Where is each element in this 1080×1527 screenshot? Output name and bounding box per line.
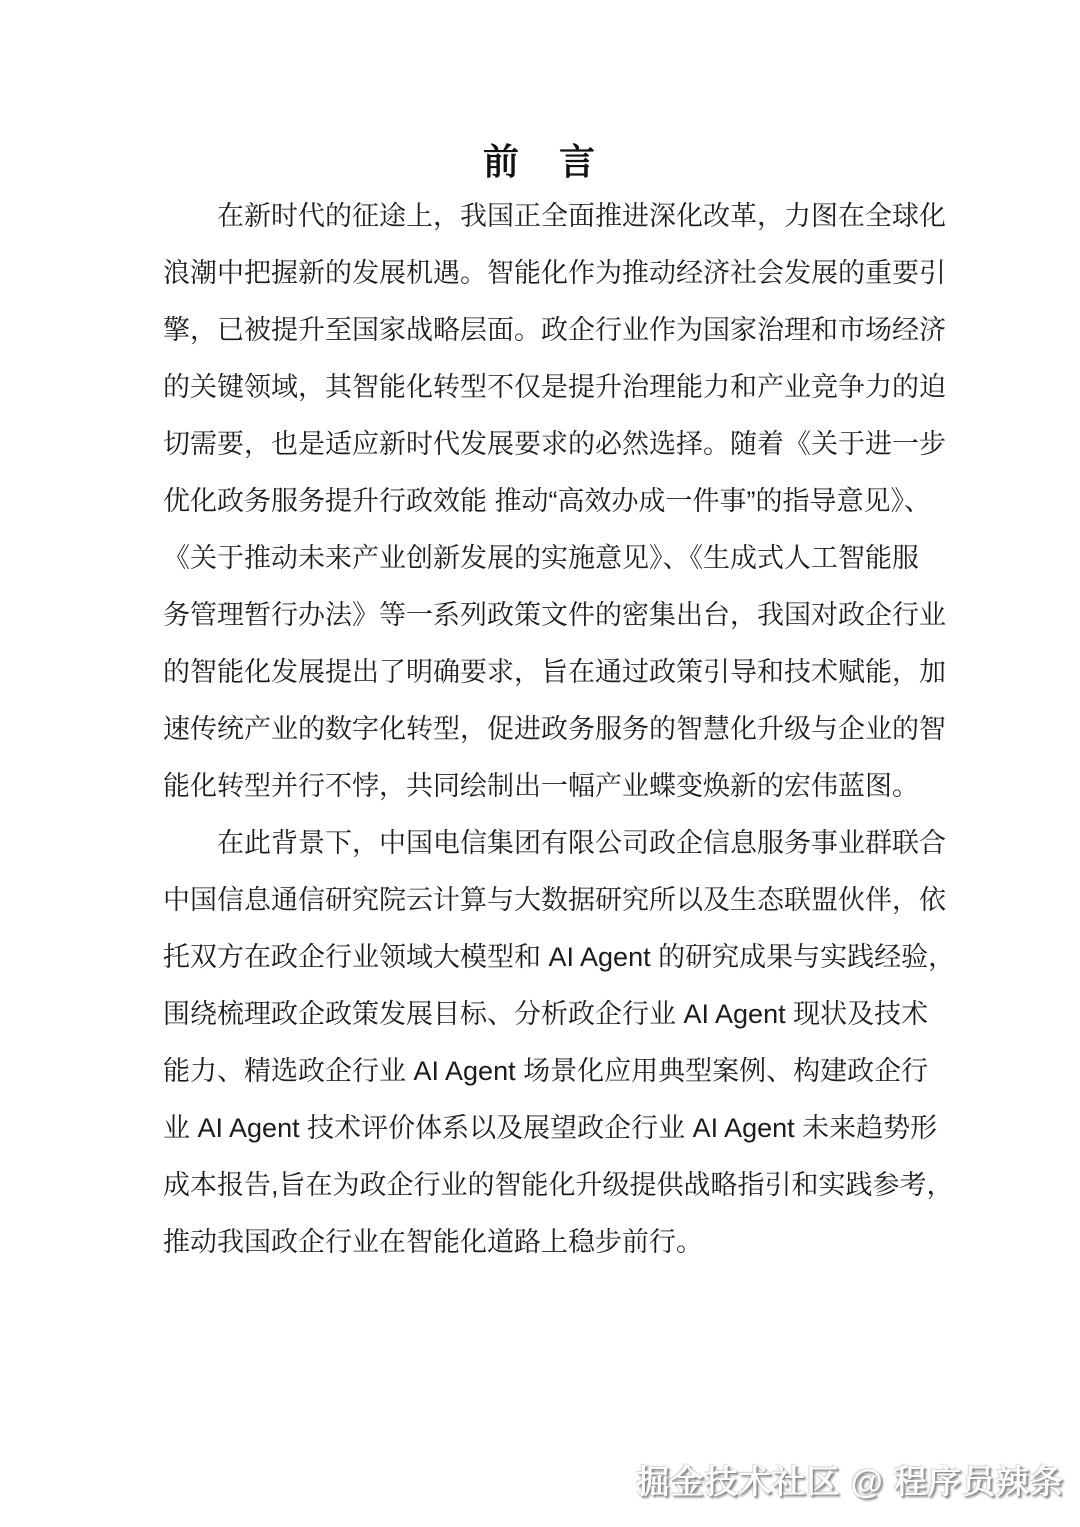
watermark-text: 掘金技术社区 @ 程序员辣条: [636, 1456, 1064, 1503]
text-line: 的关键领域，其智能化转型不仅是提升治理能力和产业竞争力的迫: [163, 359, 917, 416]
text-line: 围绕梳理政企政策发展目标、分析政企行业 AI Agent 现状及技术: [163, 986, 917, 1043]
text-line: 能化转型并行不悖，共同绘制出一幅产业蝶变焕新的宏伟蓝图。: [163, 758, 917, 815]
text-line: 速传统产业的数字化转型，促进政务服务的智慧化升级与企业的智: [163, 701, 917, 758]
text-line: 中国信息通信研究院云计算与大数据研究所以及生态联盟伙伴，依: [163, 872, 917, 929]
text-line: 《关于推动未来产业创新发展的实施意见》、《生成式人工智能服: [163, 530, 917, 587]
text-line: 业 AI Agent 技术评价体系以及展望政企行业 AI Agent 未来趋势形: [163, 1100, 917, 1157]
text-line: 在新时代的征途上，我国正全面推进深化改革，力图在全球化: [163, 188, 917, 245]
text-line: 的智能化发展提出了明确要求，旨在通过政策引导和技术赋能，加: [163, 644, 917, 701]
text-line: 优化政务服务提升行政效能 推动“高效办成一件事”的指导意见》、: [163, 473, 917, 530]
text-line: 浪潮中把握新的发展机遇。智能化作为推动经济社会发展的重要引: [163, 245, 917, 302]
text-line: 擎，已被提升至国家战略层面。政企行业作为国家治理和市场经济: [163, 302, 917, 359]
text-line: 在此背景下，中国电信集团有限公司政企信息服务事业群联合: [163, 815, 917, 872]
page-title: 前 言: [163, 0, 917, 186]
preface-body: 在新时代的征途上，我国正全面推进深化改革，力图在全球化浪潮中把握新的发展机遇。智…: [163, 188, 917, 1271]
text-line: 推动我国政企行业在智能化道路上稳步前行。: [163, 1214, 917, 1271]
page-content: 前 言 在新时代的征途上，我国正全面推进深化改革，力图在全球化浪潮中把握新的发展…: [163, 0, 917, 1271]
text-line: 务管理暂行办法》等一系列政策文件的密集出台，我国对政企行业: [163, 587, 917, 644]
text-line: 切需要，也是适应新时代发展要求的必然选择。随着《关于进一步: [163, 416, 917, 473]
text-line: 托双方在政企行业领域大模型和 AI Agent 的研究成果与实践经验，: [163, 929, 917, 986]
text-line: 能力、精选政企行业 AI Agent 场景化应用典型案例、构建政企行: [163, 1043, 917, 1100]
text-line: 成本报告,旨在为政企行业的智能化升级提供战略指引和实践参考，: [163, 1157, 917, 1214]
document-page: 前 言 在新时代的征途上，我国正全面推进深化改革，力图在全球化浪潮中把握新的发展…: [0, 0, 1080, 1527]
